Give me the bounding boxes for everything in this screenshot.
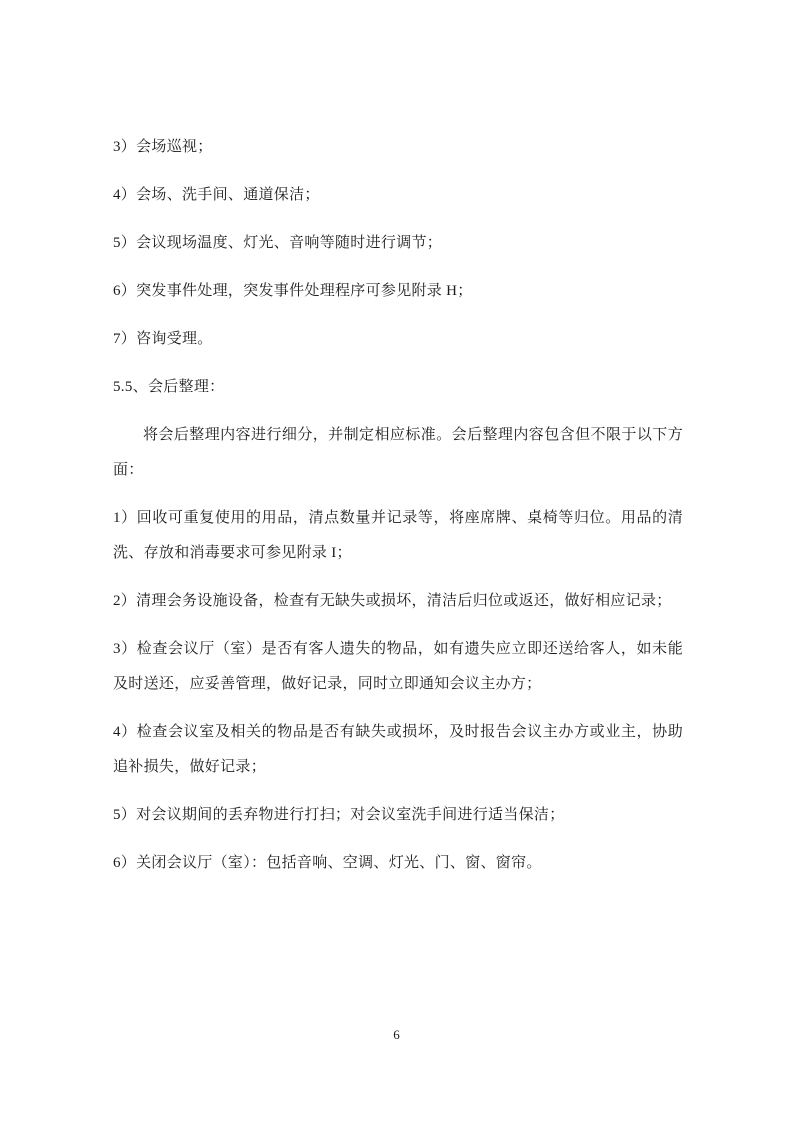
after-meeting-item-2: 2）清理会务设施设备，检查有无缺失或损坏，清洁后归位或返还，做好相应记录； xyxy=(113,584,683,619)
list-item-3: 3）会场巡视； xyxy=(113,130,683,165)
after-meeting-item-1: 1）回收可重复使用的用品，清点数量并记录等，将座席牌、桌椅等归位。用品的清洗、存… xyxy=(113,501,683,571)
list-item-4: 4）会场、洗手间、通道保洁； xyxy=(113,178,683,213)
after-meeting-item-5: 5）对会议期间的丢弃物进行打扫；对会议室洗手间进行适当保洁； xyxy=(113,798,683,833)
after-meeting-item-3: 3）检查会议厅（室）是否有客人遗失的物品，如有遗失应立即还送给客人，如未能及时送… xyxy=(113,632,683,702)
list-item-5: 5）会议现场温度、灯光、音响等随时进行调节； xyxy=(113,226,683,261)
page-number: 6 xyxy=(0,1026,793,1044)
document-body: 3）会场巡视； 4）会场、洗手间、通道保洁； 5）会议现场温度、灯光、音响等随时… xyxy=(113,130,683,894)
intro-paragraph: 将会后整理内容进行细分，并制定相应标准。会后整理内容包含但不限于以下方面： xyxy=(113,418,683,488)
section-heading: 5.5、会后整理： xyxy=(113,370,683,405)
after-meeting-item-6: 6）关闭会议厅（室）：包括音响、空调、灯光、门、窗、窗帘。 xyxy=(113,846,683,881)
list-item-6: 6）突发事件处理，突发事件处理程序可参见附录 H； xyxy=(113,274,683,309)
after-meeting-item-4: 4）检查会议室及相关的物品是否有缺失或损坏，及时报告会议主办方或业主，协助追补损… xyxy=(113,715,683,785)
list-item-7: 7）咨询受理。 xyxy=(113,322,683,357)
document-page: 3）会场巡视； 4）会场、洗手间、通道保洁； 5）会议现场温度、灯光、音响等随时… xyxy=(0,0,793,1122)
